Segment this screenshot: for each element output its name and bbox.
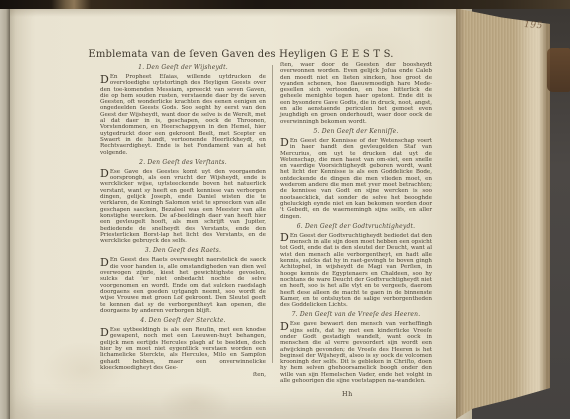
section-kennisse: 5. Den Geeſt der Kenniſſe. DEn Geest der… — [280, 128, 432, 220]
section-heading: 5. Den Geeſt der Kenniſſe. — [280, 128, 432, 135]
section-heading: 1. Den Geeſt der Wijsheydt. — [100, 64, 266, 71]
continuation-paragraph: ſten, waer door de Geesten der boosheydt… — [280, 62, 432, 125]
section-paragraph-text: Ese Gave des Geestes komt uyt den voorga… — [100, 169, 266, 244]
section-heading: 3. Den Geeſt des Raets. — [100, 247, 266, 254]
page-title: Emblemata van de ſeven Gaven des Heylige… — [66, 49, 416, 60]
section-paragraph-text: En Propheet Eſaias, willende uytdrucken … — [100, 74, 266, 156]
section-heading: 6. Den Geeſt der Godtvruchtigheydt. — [280, 223, 432, 230]
handwritten-page-number: 195 — [524, 20, 555, 32]
section-heading: 7. Den Geeſt van de Vreeſe des Heeren. — [280, 311, 432, 318]
column-divider — [272, 65, 273, 363]
drop-cap: D — [100, 169, 109, 181]
background-object — [547, 48, 570, 92]
background-top-shadow — [0, 0, 570, 9]
book-fore-edge-pages — [456, 5, 550, 419]
section-raets: 3. Den Geeſt des Raets. DEn Geest des Ra… — [100, 247, 266, 314]
section-paragraph: DEse Gave des Geestes komt uyt den voorg… — [100, 169, 266, 245]
section-paragraph: DEse uytbeeldingh is als een Reuſin, met… — [100, 327, 266, 371]
section-verstants: 2. Den Geeſt des Verſtants. DEse Gave de… — [100, 159, 266, 245]
section-heading: 2. Den Geeſt des Verſtants. — [100, 159, 266, 166]
section-paragraph-text: Ese gave bewaert den mensch van verheffi… — [280, 321, 432, 384]
book-photo: Emblemata van de ſeven Gaven des Heylige… — [0, 0, 570, 419]
drop-cap: D — [100, 75, 109, 87]
section-paragraph-text: En Geest der Godtvruchtigheydt bediedet … — [280, 233, 432, 308]
section-paragraph-text: En Geest des Raets overweeght naerstelic… — [100, 257, 266, 313]
section-sterckte: 4. Den Geeſt der Sterckte. DEse uytbeeld… — [100, 317, 266, 378]
section-paragraph: DEn Geest der Kennisse of der Wetenschap… — [280, 138, 432, 220]
section-godtvruchtigheydt: 6. Den Geeſt der Godtvruchtigheydt. DEn … — [280, 223, 432, 309]
section-paragraph-text: En Geest der Kennisse of der Wetenschap … — [280, 138, 432, 220]
book-page: Emblemata van de ſeven Gaven des Heylige… — [10, 7, 472, 419]
drop-cap: D — [100, 258, 109, 270]
hyphen-carryover: ſten, — [100, 372, 266, 378]
section-paragraph: DEn Geest der Godtvruchtigheydt bediedet… — [280, 233, 432, 309]
section-heading: 4. Den Geeſt der Sterckte. — [100, 317, 266, 324]
section-wijsheydt: 1. Den Geeſt der Wijsheydt. DEn Propheet… — [100, 64, 266, 156]
signature-mark: Hh — [342, 390, 432, 398]
section-paragraph: DEn Propheet Eſaias, willende uytdrucken… — [100, 74, 266, 156]
section-paragraph: DEse gave bewaert den mensch van verheff… — [280, 321, 432, 384]
section-paragraph-text: Ese uytbeeldingh is als een Reuſin, met … — [100, 327, 266, 371]
left-column: 1. Den Geeſt der Wijsheydt. DEn Propheet… — [100, 62, 266, 378]
right-column: ſten, waer door de Geesten der boosheydt… — [280, 62, 432, 398]
drop-cap: D — [280, 138, 289, 150]
section-vreese: 7. Den Geeſt van de Vreeſe des Heeren. D… — [280, 311, 432, 384]
drop-cap: D — [280, 322, 289, 334]
drop-cap: D — [280, 233, 289, 245]
section-paragraph: DEn Geest des Raets overweeght naersteli… — [100, 257, 266, 314]
drop-cap: D — [100, 328, 109, 340]
